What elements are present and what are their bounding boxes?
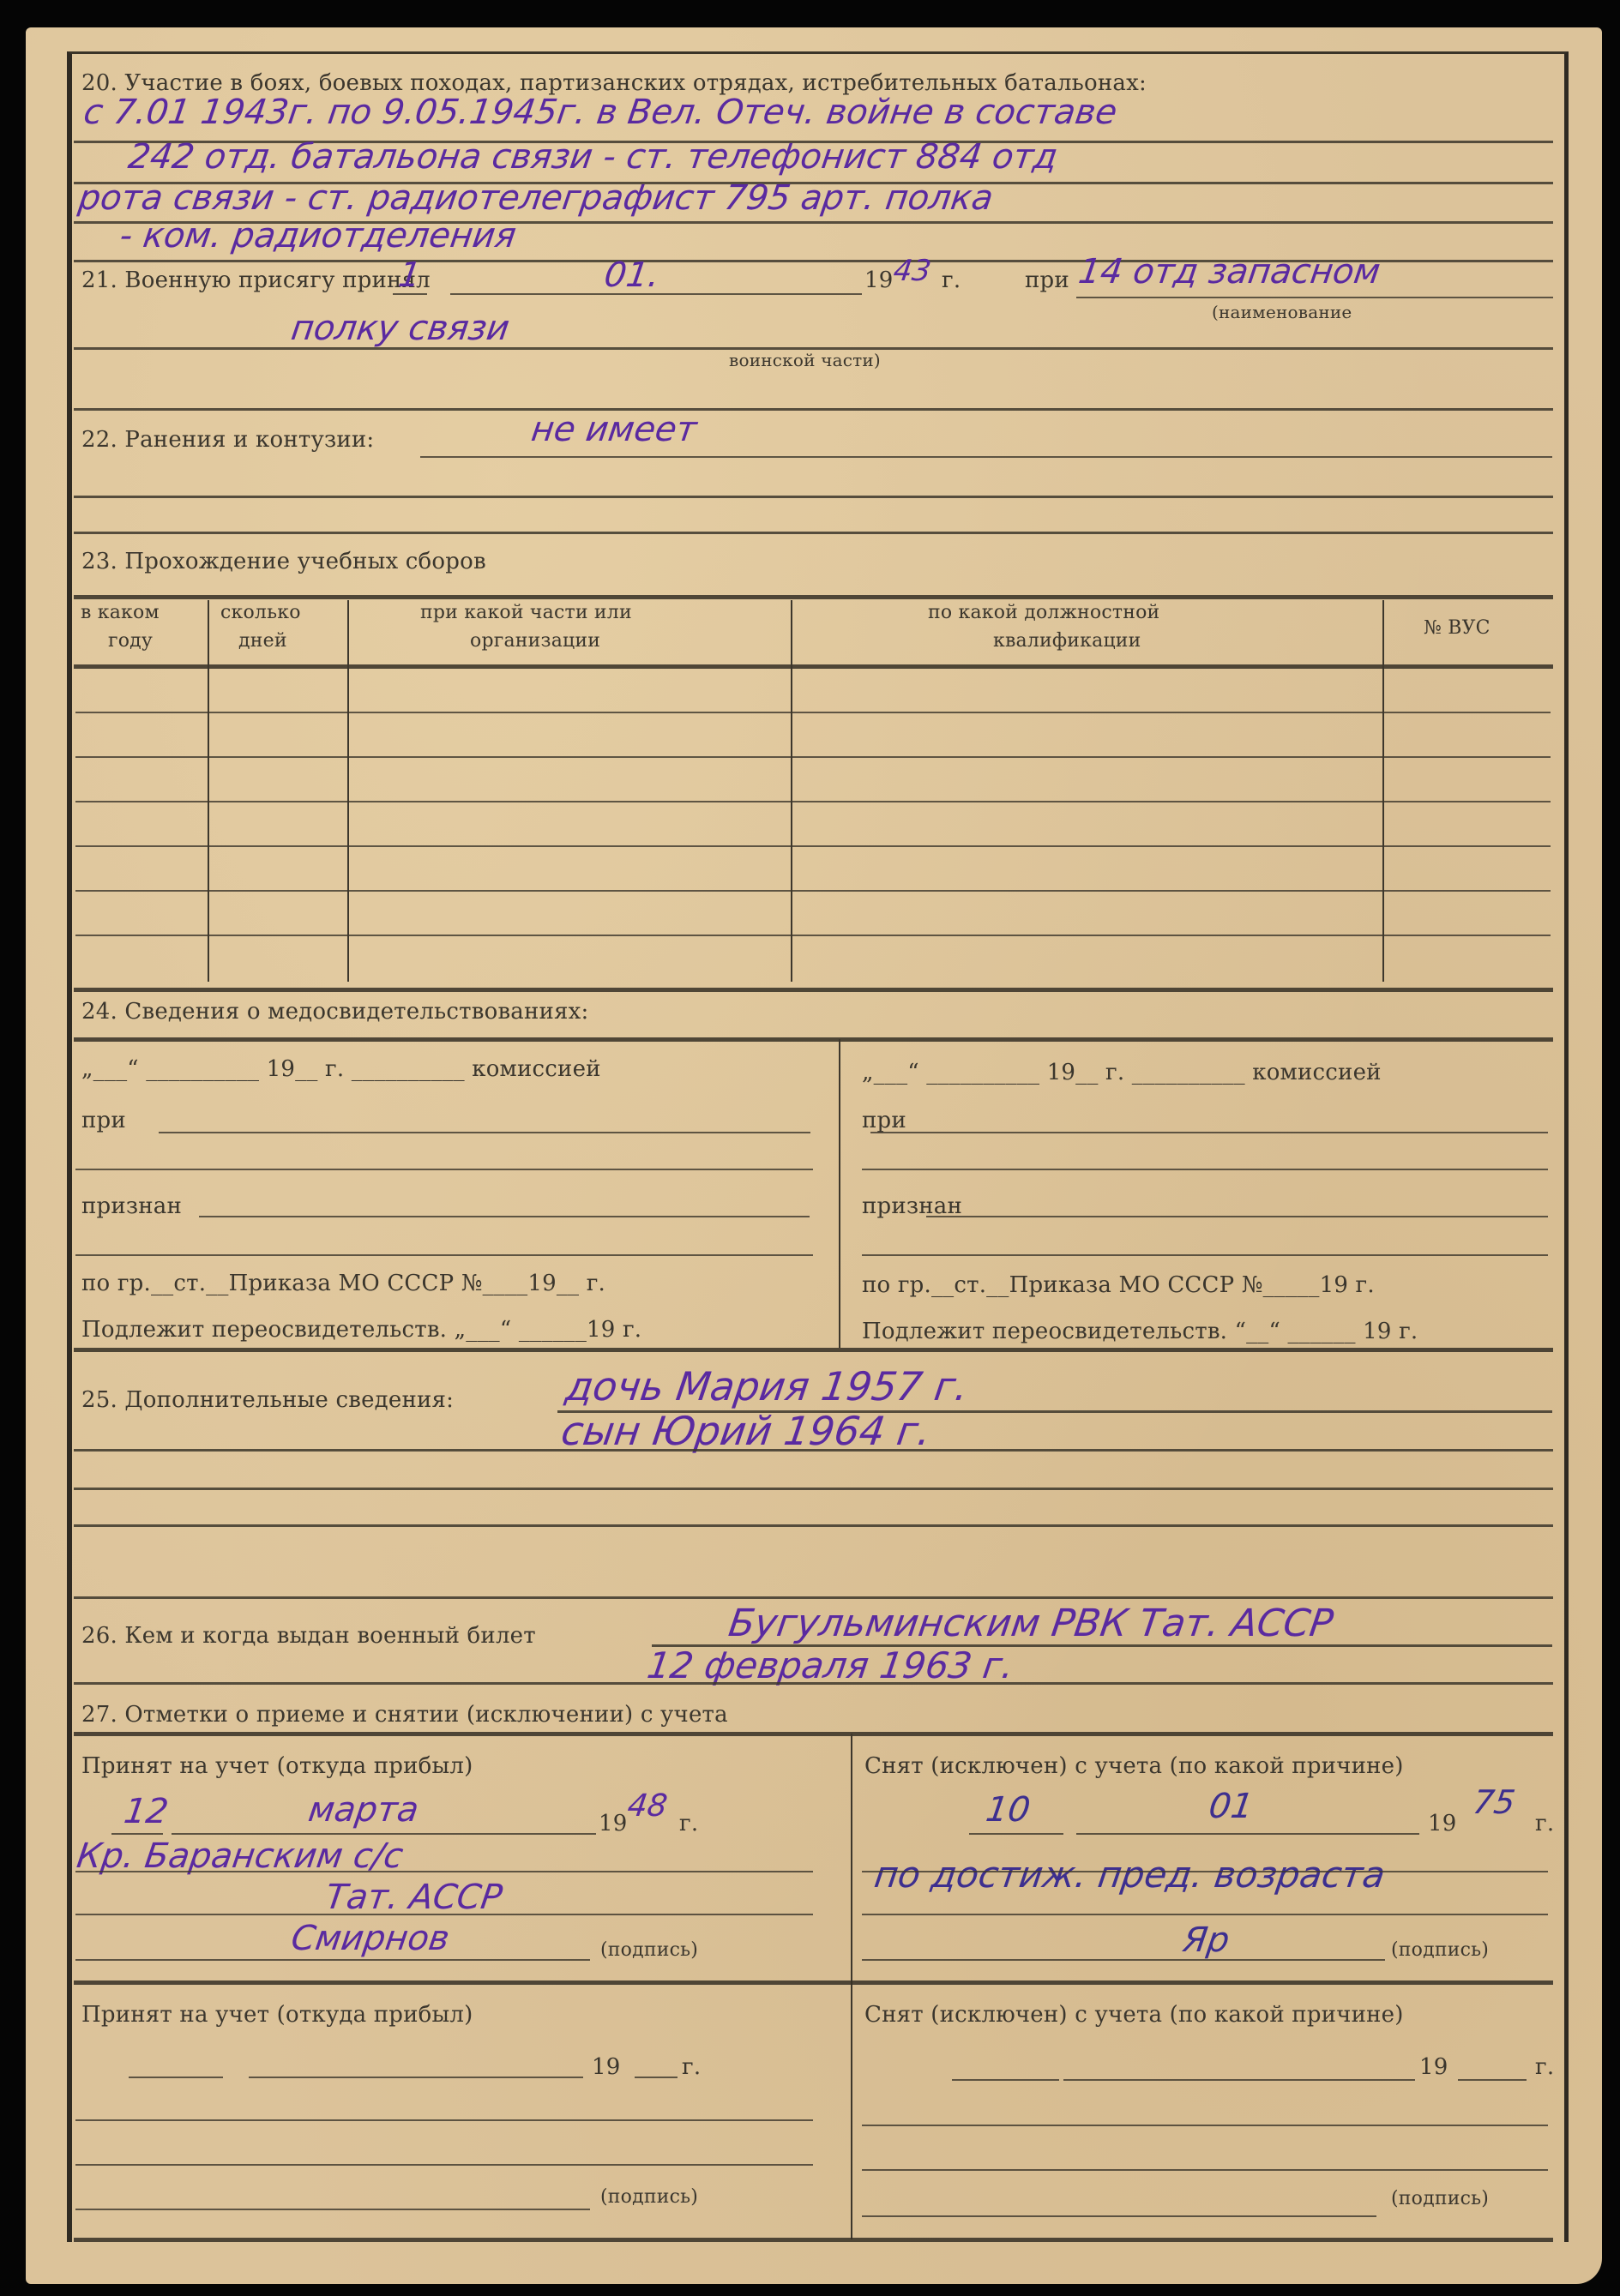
rule — [74, 532, 1553, 534]
section-22-label: 22. Ранения и контузии: — [81, 427, 374, 453]
signature-blank — [75, 1959, 590, 1961]
rule — [74, 1682, 1553, 1685]
accepted-1-month: марта — [306, 1790, 421, 1830]
removed-1-day: 10 — [984, 1790, 1033, 1830]
blank — [129, 2077, 223, 2078]
wounds-value: не имеет — [529, 410, 700, 449]
accepted-2-year-prefix: 19 — [592, 2054, 620, 2080]
medexam-left-reexam: Подлежит переосвидетельств. „___“ ______… — [81, 1317, 641, 1343]
signature-blank — [862, 1959, 1385, 1961]
col-header-vus: № ВУС — [1424, 617, 1491, 639]
table-row — [75, 890, 1551, 892]
oath-year-unit: г. — [942, 267, 961, 293]
blank — [75, 2119, 813, 2121]
blank — [159, 1132, 810, 1133]
removed-1-year-prefix: 19 — [1428, 1811, 1456, 1836]
section-25-label: 25. Дополнительные сведения: — [81, 1387, 454, 1413]
accepted-1-from-line-2: Тат. АССР — [323, 1878, 504, 1917]
oath-month: 01. — [602, 255, 662, 295]
additional-info-line-2: сын Юрий 1964 г. — [558, 1408, 934, 1454]
blank — [1076, 1833, 1419, 1835]
blank — [75, 2164, 813, 2166]
col-divider — [347, 600, 349, 982]
removed-2-label: Снят (исключен) с учета (по какой причин… — [864, 2002, 1404, 2028]
table-bottom-rule — [74, 988, 1553, 992]
blank — [75, 1169, 813, 1170]
accepted-1-day: 12 — [122, 1792, 171, 1831]
rule — [74, 496, 1553, 498]
wounds-blank — [420, 456, 1552, 458]
medexam-left-date-line: „___“ __________ 19__ г. __________ коми… — [81, 1056, 601, 1082]
removed-1-label: Снят (исключен) с учета (по какой причин… — [864, 1753, 1404, 1779]
rule — [74, 1449, 1553, 1452]
section-26-label: 26. Кем и когда выдан военный билет — [81, 1623, 536, 1649]
col-header-year: в каком — [81, 602, 160, 623]
accepted-2-label: Принят на учет (откуда прибыл) — [81, 2002, 473, 2028]
table-row — [75, 756, 1551, 758]
rule — [74, 1980, 1553, 1985]
blank — [1458, 2079, 1527, 2081]
accepted-2-year-unit: г. — [682, 2054, 701, 2080]
col-divider — [208, 600, 209, 982]
rule — [74, 1037, 1553, 1042]
table-top-rule — [74, 595, 1553, 599]
table-row — [75, 845, 1551, 847]
blank — [862, 1914, 1548, 1915]
section-20-line-3: рота связи - ст. радиотелеграфист 795 ар… — [76, 178, 996, 218]
section-20-line-4: - ком. радиотделения — [117, 216, 519, 255]
col-header-unit-2: организации — [470, 630, 600, 652]
blank — [969, 1833, 1063, 1835]
additional-info-line-1: дочь Мария 1957 г. — [563, 1363, 971, 1409]
blank — [172, 1833, 596, 1835]
unit-caption-1: (наименование — [1212, 302, 1352, 322]
section-23-label: 23. Прохождение учебных сборов — [81, 549, 486, 574]
blank — [926, 1216, 1548, 1217]
blank — [249, 2077, 583, 2078]
removed-2-signature-caption: (подпись) — [1391, 2188, 1489, 2209]
blank — [635, 2077, 678, 2078]
rule — [74, 1488, 1553, 1490]
bottom-rule — [74, 2238, 1553, 2242]
removed-1-year-unit: г. — [1535, 1811, 1554, 1836]
oath-at-label: при — [1025, 267, 1069, 293]
removed-1-year-suffix: 75 — [1471, 1783, 1518, 1821]
removed-2-year-prefix: 19 — [1419, 2054, 1448, 2080]
blank — [862, 1254, 1548, 1256]
unit-blank — [1076, 297, 1553, 298]
removed-2-year-unit: г. — [1535, 2054, 1554, 2080]
table-row — [75, 801, 1551, 802]
col-divider — [1382, 600, 1384, 982]
blank — [862, 1169, 1548, 1170]
blank — [111, 1833, 163, 1835]
column-divider — [851, 1734, 852, 2239]
unit-caption-2: воинской части) — [729, 350, 881, 370]
rule — [74, 1348, 1553, 1352]
accepted-2-signature-caption: (подпись) — [600, 2186, 698, 2208]
accepted-1-year-prefix: 19 — [599, 1811, 627, 1836]
medexam-left-order: по гр.__ст.__Приказа МО СССР №____19__ г… — [81, 1271, 605, 1296]
blank — [75, 1254, 813, 1256]
blank — [75, 1871, 813, 1872]
section-24-label: 24. Сведения о медосвидетельствованиях: — [81, 999, 588, 1025]
section-21-label: 21. Военную присягу принял — [81, 267, 431, 293]
medexam-left-at: при — [81, 1108, 126, 1133]
oath-unit-line-1: 14 отд запасном — [1076, 252, 1382, 292]
accepted-1-year-unit: г. — [679, 1811, 698, 1836]
column-divider — [839, 1039, 840, 1348]
medexam-right-date-line: „___“ __________ 19__ г. __________ коми… — [862, 1060, 1382, 1085]
military-id-date: 12 февраля 1963 г. — [645, 1644, 1017, 1686]
col-header-unit: при какой части или — [420, 602, 632, 623]
col-divider — [791, 600, 792, 982]
table-row — [75, 712, 1551, 713]
oath-year-prefix: 19 — [864, 267, 893, 293]
section-20-line-1: с 7.01 1943г. по 9.05.1945г. в Вел. Отеч… — [81, 93, 1120, 132]
col-header-year-2: году — [108, 630, 153, 652]
table-row — [75, 935, 1551, 936]
oath-year-suffix: 43 — [891, 254, 933, 288]
removed-1-signature: Яр — [1181, 1920, 1232, 1960]
medexam-right-order: по гр.__ст.__Приказа МО СССР №_____19 г. — [862, 1272, 1375, 1298]
col-header-days: сколько — [220, 602, 301, 623]
removed-1-reason: по достиж. пред. возраста — [872, 1854, 1388, 1896]
medexam-left-recognized: признан — [81, 1193, 182, 1219]
blank — [199, 1216, 810, 1217]
col-header-days-2: дней — [238, 630, 287, 652]
rule — [74, 1732, 1553, 1736]
signature-blank — [75, 2209, 590, 2210]
col-header-qualification-2: квалификации — [993, 630, 1141, 652]
military-id-issuer: Бугульминским РВК Тат. АССР — [726, 1602, 1335, 1645]
blank — [862, 2125, 1548, 2126]
rule — [74, 408, 1553, 411]
blank — [870, 1132, 1548, 1133]
accepted-1-year-suffix: 48 — [625, 1788, 670, 1824]
signature-blank — [862, 2215, 1376, 2217]
table-header-rule — [74, 664, 1553, 669]
removed-1-month: 01 — [1207, 1787, 1256, 1826]
blank — [862, 1871, 1548, 1872]
blank — [75, 1914, 813, 1915]
medexam-right-reexam: Подлежит переосвидетельств. “__“ ______ … — [862, 1319, 1418, 1344]
rule — [74, 1596, 1553, 1599]
section-27-label: 27. Отметки о приеме и снятии (исключени… — [81, 1702, 728, 1728]
blank — [952, 2079, 1059, 2081]
rule — [74, 1524, 1553, 1527]
accepted-1-signature: Смирнов — [289, 1919, 452, 1958]
blank — [862, 2169, 1548, 2171]
section-20-line-2: 242 отд. батальона связи - ст. телефонис… — [126, 137, 1060, 177]
oath-unit-line-2: полку связи — [289, 309, 512, 348]
accepted-1-label: Принят на учет (откуда прибыл) — [81, 1753, 473, 1779]
medexam-right-at: при — [862, 1108, 906, 1133]
removed-1-signature-caption: (подпись) — [1391, 1939, 1489, 1961]
col-header-qualification: по какой должностной — [928, 602, 1159, 623]
blank — [1063, 2079, 1415, 2081]
accepted-1-signature-caption: (подпись) — [600, 1939, 698, 1961]
